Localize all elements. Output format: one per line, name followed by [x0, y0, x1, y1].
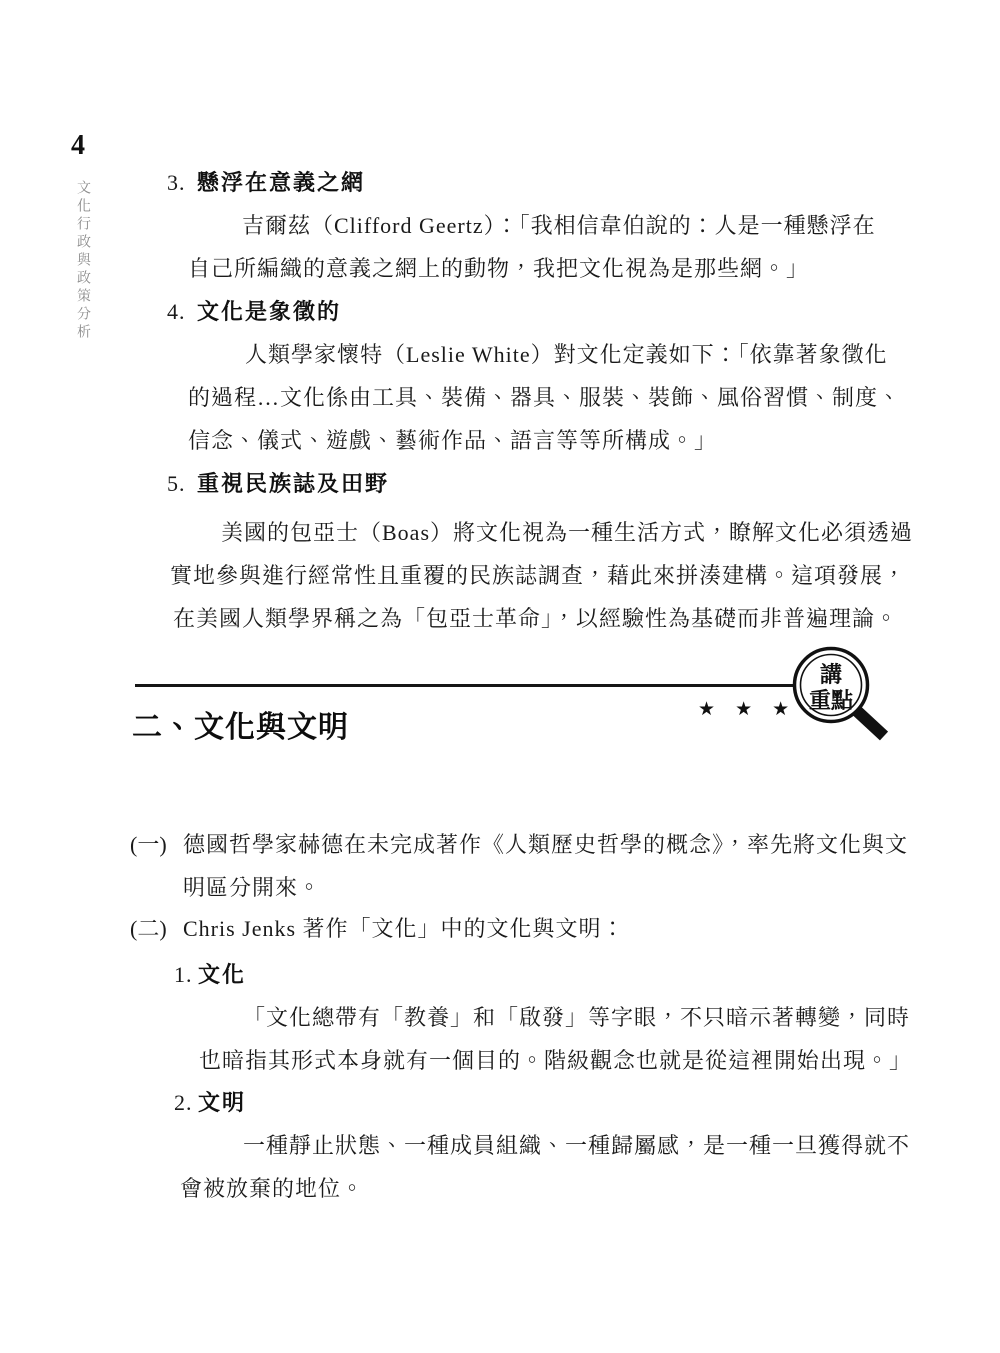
list-item-row: (二)Chris Jenks 著作「文化」中的文化與文明：: [130, 916, 625, 941]
sidebar-book-title: 文化行政與政策分析: [72, 180, 92, 342]
magnifier-icon: 講 重點: [779, 633, 905, 745]
paragraph-line: 一種靜止狀態、一種成員組織、一種歸屬感，是一種一旦獲得就不: [243, 1133, 910, 1158]
paragraph-line: 會被放棄的地位。: [180, 1176, 364, 1201]
numbered-item-heading: 4.文化是象徵的: [167, 299, 341, 324]
paragraph-line: 在美國人類學界稱之為「包亞士革命」，以經驗性為基礎而非普遍理論。: [173, 606, 898, 631]
item-title: 文明: [198, 1090, 246, 1115]
paragraph-line: 實地參與進行經常性且重覆的民族誌調查，藉此來拼湊建構。這項發展，: [170, 563, 906, 588]
item-number: 3.: [167, 170, 197, 195]
item-title: 文化是象徵的: [197, 299, 341, 324]
book-page: 4 文化行政與政策分析 3.懸浮在意義之網 吉爾茲（Clifford Geert…: [0, 0, 1000, 1353]
item-number: 1.: [174, 962, 198, 987]
numbered-item-heading: 2.文明: [174, 1090, 246, 1115]
paragraph-line: 「文化總帶有「教養」和「啟發」等字眼，不只暗示著轉變，同時: [243, 1005, 910, 1030]
paragraph-line: 吉爾茲（Clifford Geertz）：「我相信韋伯說的：人是一種懸浮在: [242, 213, 876, 238]
paragraph-line: 美國的包亞士（Boas）將文化視為一種生活方式，瞭解文化必須透過: [221, 520, 913, 545]
item-title: 懸浮在意義之網: [197, 170, 365, 195]
item-number: 5.: [167, 471, 197, 496]
list-line: Chris Jenks 著作「文化」中的文化與文明：: [183, 916, 625, 941]
numbered-item-heading: 1.文化: [174, 962, 246, 987]
paragraph-line: 的過程…文化係由工具、裝備、器具、服裝、裝飾、風俗習慣、制度、: [188, 385, 901, 410]
list-line: 德國哲學家赫德在未完成著作《人類歷史哲學的概念》，率先將文化與文: [183, 832, 908, 857]
numbered-item-heading: 5.重視民族誌及田野: [167, 471, 389, 496]
item-title: 文化: [198, 962, 246, 987]
item-title: 重視民族誌及田野: [197, 471, 389, 496]
badge-label-top: 講: [820, 662, 842, 687]
paragraph-line: 信念、儀式、遊戲、藝術作品、語言等等所構成。」: [188, 428, 717, 453]
badge-label-bottom: 重點: [809, 688, 853, 713]
list-marker: (一): [130, 832, 183, 857]
paragraph-line: 人類學家懷特（Leslie White）對文化定義如下：「依靠著象徵化: [245, 342, 888, 367]
list-item-row: (一)德國哲學家赫德在未完成著作《人類歷史哲學的概念》，率先將文化與文: [130, 832, 908, 857]
list-line: 明區分開來。: [183, 875, 321, 900]
list-marker: (二): [130, 916, 183, 941]
paragraph-line: 自己所編織的意義之網上的動物，我把文化視為是那些網。」: [188, 256, 809, 281]
numbered-item-heading: 3.懸浮在意義之網: [167, 170, 365, 195]
section-heading: 二、文化與文明: [132, 702, 349, 746]
item-number: 2.: [174, 1090, 198, 1115]
item-number: 4.: [167, 299, 197, 324]
section-divider-line: [135, 684, 795, 687]
page-number: 4: [71, 130, 85, 162]
paragraph-line: 也暗指其形式本身就有一個目的。階級觀念也就是從這裡開始出現。」: [199, 1048, 912, 1073]
magnifier-handle: [857, 711, 884, 736]
